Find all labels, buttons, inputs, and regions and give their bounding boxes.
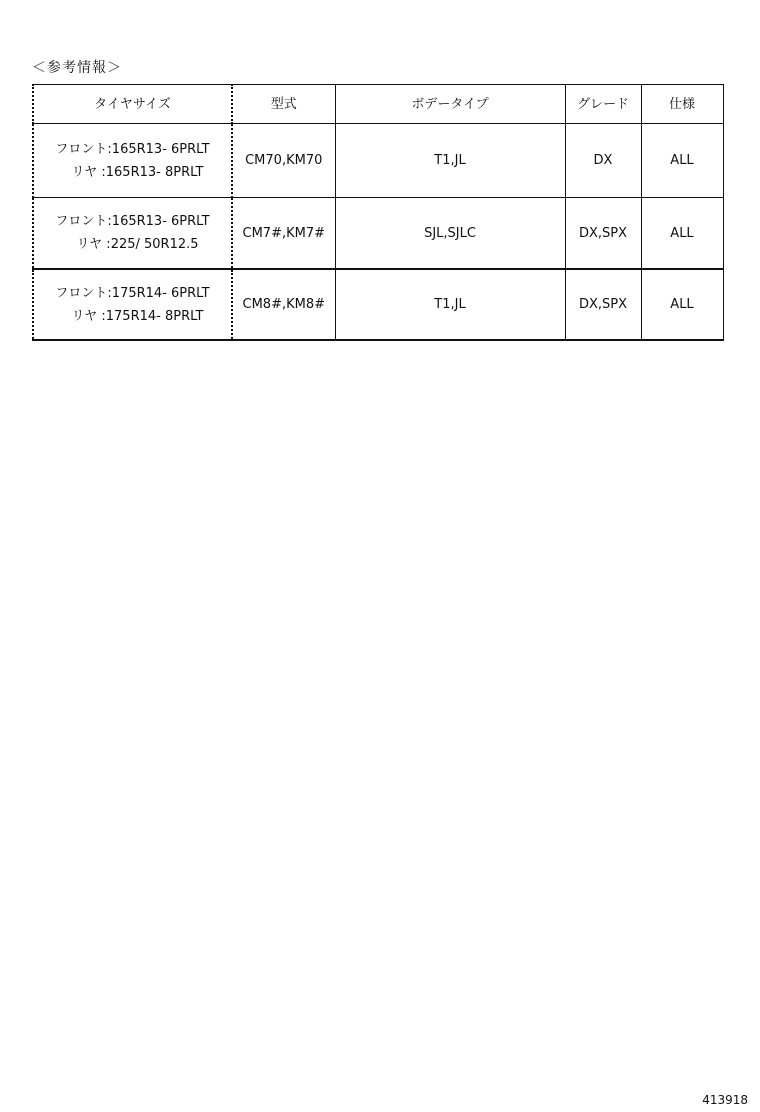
body-type-cell: T1,JL xyxy=(335,124,565,198)
tire-size-cell: フロント:165R13- 6PRLT リヤ :165R13- 8PRLT xyxy=(33,124,232,198)
model-cell: CM8#,KM8# xyxy=(232,269,335,340)
body-type-cell: T1,JL xyxy=(335,269,565,340)
header-body-type: ボデータイプ xyxy=(335,85,565,124)
page-code: 413918 xyxy=(702,1093,748,1107)
header-model: 型式 xyxy=(232,85,335,124)
table-header-row: タイヤサイズ 型式 ボデータイプ グレード 仕様 xyxy=(33,85,723,124)
table-row: フロント:175R14- 6PRLT リヤ :175R14- 8PRLT CM8… xyxy=(33,269,723,340)
table-row: フロント:165R13- 6PRLT リヤ :165R13- 8PRLT CM7… xyxy=(33,124,723,198)
header-tire-size: タイヤサイズ xyxy=(33,85,232,124)
tire-front: フロント:165R13- 6PRLT xyxy=(34,210,231,233)
header-grade: グレード xyxy=(565,85,641,124)
reference-info-heading: ＜参考情報＞ xyxy=(32,57,122,77)
tire-size-cell: フロント:165R13- 6PRLT リヤ :225/ 50R12.5 xyxy=(33,198,232,270)
grade-cell: DX,SPX xyxy=(565,198,641,270)
spec-cell: ALL xyxy=(641,124,723,198)
body-type-cell: SJL,SJLC xyxy=(335,198,565,270)
model-cell: CM70,KM70 xyxy=(232,124,335,198)
spec-cell: ALL xyxy=(641,198,723,270)
grade-cell: DX xyxy=(565,124,641,198)
tire-rear: リヤ :175R14- 8PRLT xyxy=(34,305,231,328)
header-spec: 仕様 xyxy=(641,85,723,124)
tire-rear: リヤ :165R13- 8PRLT xyxy=(34,161,231,184)
tire-front: フロント:175R14- 6PRLT xyxy=(34,282,231,305)
tire-rear: リヤ :225/ 50R12.5 xyxy=(34,233,231,256)
tire-front: フロント:165R13- 6PRLT xyxy=(34,138,231,161)
tire-spec-table: タイヤサイズ 型式 ボデータイプ グレード 仕様 フロント:165R13- 6P… xyxy=(32,84,724,341)
model-cell: CM7#,KM7# xyxy=(232,198,335,270)
table-row: フロント:165R13- 6PRLT リヤ :225/ 50R12.5 CM7#… xyxy=(33,198,723,270)
spec-cell: ALL xyxy=(641,269,723,340)
tire-size-cell: フロント:175R14- 6PRLT リヤ :175R14- 8PRLT xyxy=(33,269,232,340)
grade-cell: DX,SPX xyxy=(565,269,641,340)
